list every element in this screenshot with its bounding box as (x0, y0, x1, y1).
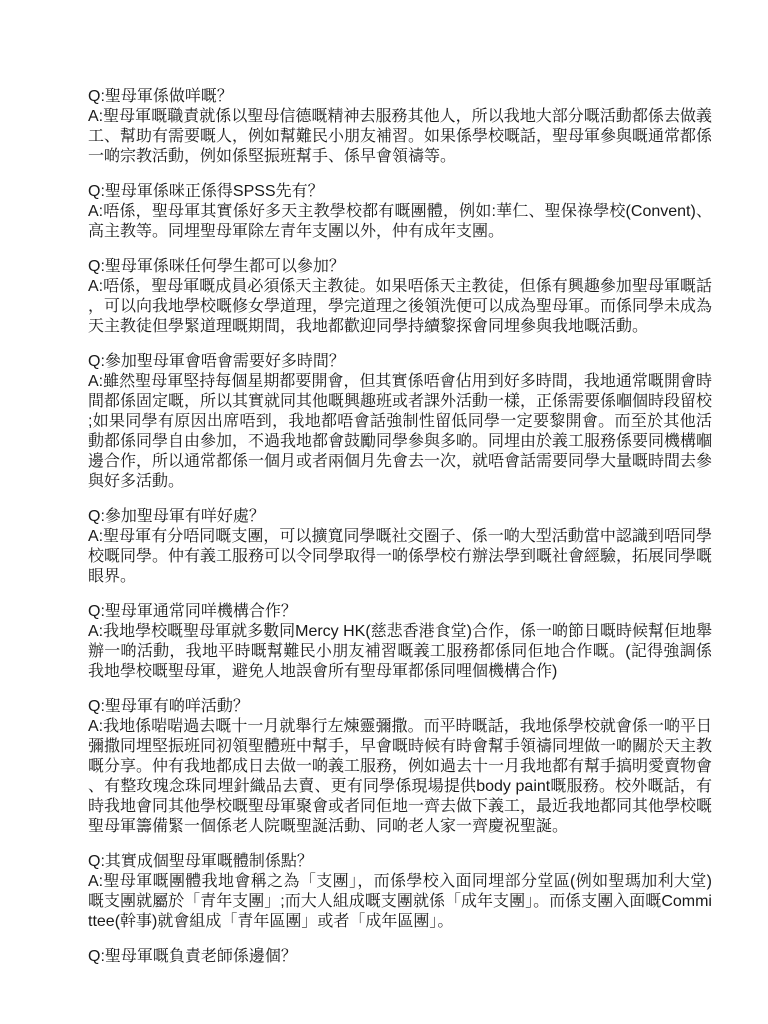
document-page: Q:聖母軍係做咩嘅？ A:聖母軍嘅職責就係以聖母信德嘅精神去服務其他人，所以我地… (0, 0, 768, 1024)
answer-paragraph: A:聖母軍嘅職責就係以聖母信德嘅精神去服務其他人，所以我地大部分嘅活動都係去做義… (88, 107, 712, 167)
qa-block: Q:聖母軍有啲咩活動？ A:我地係啱啱過去嘅十一月就舉行左煉靈彌撒。而平時嘅話，… (88, 697, 712, 837)
answer-paragraph: A:雖然聖母軍堅持每個星期都要開會，但其實係唔會佔用到好多時間，我地通常嘅開會時… (88, 372, 712, 492)
qa-block: Q:聖母軍係咪正係得SPSS先有？ A:唔係，聖母軍其實係好多天主教學校都有嘅團… (88, 182, 712, 242)
question-line: Q:聖母軍嘅負責老師係邊個？ (88, 947, 712, 967)
question-line: Q:其實成個聖母軍嘅體制係點？ (88, 852, 712, 872)
answer-paragraph: A:唔係，聖母軍其實係好多天主教學校都有嘅團體，例如:華仁、聖保祿學校(Conv… (88, 202, 712, 242)
qa-block: Q:參加聖母軍有咩好處？ A:聖母軍有分唔同嘅支團，可以擴寬同學嘅社交圈子、係一… (88, 507, 712, 587)
qa-block: Q:參加聖母軍會唔會需要好多時間？ A:雖然聖母軍堅持每個星期都要開會，但其實係… (88, 352, 712, 492)
question-line: Q:聖母軍有啲咩活動？ (88, 697, 712, 717)
answer-paragraph: A:我地學校嘅聖母軍就多數同Mercy HK(慈悲香港食堂)合作，係一啲節日嘅時… (88, 622, 712, 682)
qa-block: Q:聖母軍係咪任何學生都可以參加？ A:唔係，聖母軍嘅成員必須係天主教徒。如果唔… (88, 257, 712, 337)
question-line: Q:參加聖母軍有咩好處？ (88, 507, 712, 527)
qa-block: Q:其實成個聖母軍嘅體制係點？ A:聖母軍嘅團體我地會稱之為「支團」，而係學校入… (88, 852, 712, 932)
question-line: Q:參加聖母軍會唔會需要好多時間？ (88, 352, 712, 372)
answer-paragraph: A:聖母軍嘅團體我地會稱之為「支團」，而係學校入面同埋部分堂區(例如聖瑪加利大堂… (88, 872, 712, 932)
question-line: Q:聖母軍係咪任何學生都可以參加？ (88, 257, 712, 277)
question-line: Q:聖母軍係咪正係得SPSS先有？ (88, 182, 712, 202)
answer-paragraph: A:聖母軍有分唔同嘅支團，可以擴寬同學嘅社交圈子、係一啲大型活動當中認識到唔同學… (88, 527, 712, 587)
question-line: Q:聖母軍通常同咩機構合作？ (88, 602, 712, 622)
answer-paragraph: A:唔係，聖母軍嘅成員必須係天主教徒。如果唔係天主教徒，但係有興趣參加聖母軍嘅話… (88, 277, 712, 337)
question-line: Q:聖母軍係做咩嘅？ (88, 87, 712, 107)
qa-block: Q:聖母軍通常同咩機構合作？ A:我地學校嘅聖母軍就多數同Mercy HK(慈悲… (88, 602, 712, 682)
qa-block: Q:聖母軍嘅負責老師係邊個？ (88, 947, 712, 967)
qa-block: Q:聖母軍係做咩嘅？ A:聖母軍嘅職責就係以聖母信德嘅精神去服務其他人，所以我地… (88, 87, 712, 167)
answer-paragraph: A:我地係啱啱過去嘅十一月就舉行左煉靈彌撒。而平時嘅話，我地係學校就會係一啲平日… (88, 717, 712, 837)
